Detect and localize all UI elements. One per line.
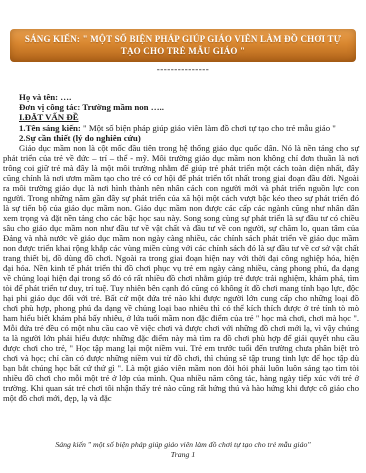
work-unit-line: Đơn vị công tác: Trường mầm non …..	[19, 102, 358, 112]
footer-running-title: Sáng kiến " một số biện pháp giúp giáo v…	[0, 440, 366, 450]
footer-page-number: Trang 1	[0, 450, 366, 460]
author-name-line: Họ và tên: ….	[19, 92, 358, 102]
section-1-line: 1.Tên sáng kiến: " Một số biện pháp giúp…	[19, 123, 358, 133]
document-title: SÁNG KIẾN: " MỘT SỐ BIỆN PHÁP GIÚP GIÁO …	[20, 34, 346, 57]
dashed-divider: ---------------	[0, 65, 366, 74]
title-banner: SÁNG KIẾN: " MỘT SỐ BIỆN PHÁP GIÚP GIÁO …	[10, 29, 356, 62]
section-heading-dat-van-de: I.ĐẶT VẤN ĐỀ	[19, 112, 358, 122]
section-2-label: 2.Sự cần thiết (lý do nghiên cứu)	[19, 133, 358, 143]
info-block: Họ và tên: …. Đơn vị công tác: Trường mầ…	[19, 92, 358, 143]
page-footer: Sáng kiến " một số biện pháp giúp giáo v…	[0, 440, 366, 460]
body-paragraph: Giáo dục mầm non là cột mốc đầu tiên tro…	[3, 143, 359, 403]
document-page: SÁNG KIẾN: " MỘT SỐ BIỆN PHÁP GIÚP GIÁO …	[0, 0, 366, 473]
section-1-label: 1.Tên sáng kiến:	[19, 123, 81, 133]
section-1-text: " Một số biện pháp giúp giáo viên làm đồ…	[83, 123, 336, 133]
